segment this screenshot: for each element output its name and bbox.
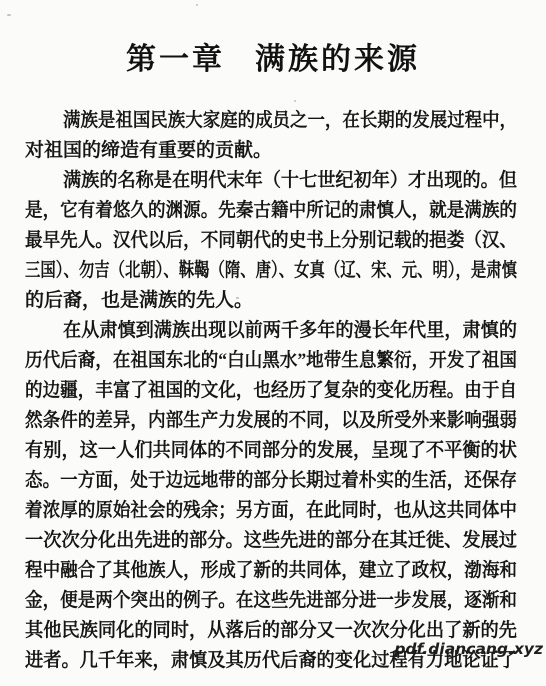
text-line: 对祖国的缔造有重要的贡献。	[25, 136, 517, 166]
watermark: pdf.diancang.xyz	[394, 640, 543, 658]
scan-speck	[7, 14, 11, 16]
text-line: 在从肃慎到满族出现以前两千多年的漫长年代里，肃慎的	[25, 316, 517, 346]
chapter-name: 满族的来源	[255, 43, 420, 76]
text-line: 有别，这一人们共同体的不同部分的发展，呈现了不平衡的状	[25, 436, 517, 466]
text-line: 的边疆，丰富了祖国的文化，也经历了复杂的变化历程。由于自	[25, 376, 517, 406]
chapter-number: 第一章	[126, 43, 225, 76]
text-line: 金，便是两个突出的例子。在这些先进部分进一步发展，逐渐和	[25, 586, 517, 616]
text-line: 满族是祖国民族大家庭的成员之一，在长期的发展过程中，	[25, 106, 517, 136]
text-line: 的后裔，也是满族的先人。	[25, 286, 517, 316]
text-line: 着浓厚的原始社会的残余；另方面，在此同时，也从这共同体中	[25, 496, 517, 526]
scan-speck	[294, 100, 296, 102]
scan-speck	[163, 320, 165, 322]
body-text: 满族是祖国民族大家庭的成员之一，在长期的发展过程中， 对祖国的缔造有重要的贡献。…	[25, 106, 517, 676]
book-page: 第一章满族的来源 满族是祖国民族大家庭的成员之一，在长期的发展过程中， 对祖国的…	[0, 0, 546, 686]
text-line: 最早先人。汉代以后，不同朝代的史书上分别记载的挹娄（汉、	[25, 226, 517, 256]
text-line: 程中融合了其他族人，形成了新的共同体，建立了政权，渤海和	[25, 556, 517, 586]
chapter-title: 第一章满族的来源	[0, 34, 546, 78]
scan-speck	[236, 297, 239, 299]
text-line: 然条件的差异，内部生产力发展的不同，以及所受外来影响强弱	[25, 406, 517, 436]
scan-speck	[196, 4, 198, 6]
text-line: 态。一方面，处于边远地带的部分长期过着朴实的生活，还保存	[25, 466, 517, 496]
text-line: 历代后裔，在祖国东北的“白山黑水”地带生息繁衍，开发了祖国	[25, 346, 517, 376]
text-line: 三国）、勿吉（北朝）、靺鞨（隋、唐）、女真（辽、宋、元、明），是肃慎	[25, 256, 517, 286]
text-line: 一次次分化出先进的部分。这些先进的部分在其迁徙、发展过	[25, 526, 517, 556]
text-line: 是，它有着悠久的渊源。先秦古籍中所记的肃慎人，就是满族的	[25, 196, 517, 226]
text-line: 满族的名称是在明代末年（十七世纪初年）才出现的。但	[25, 166, 517, 196]
